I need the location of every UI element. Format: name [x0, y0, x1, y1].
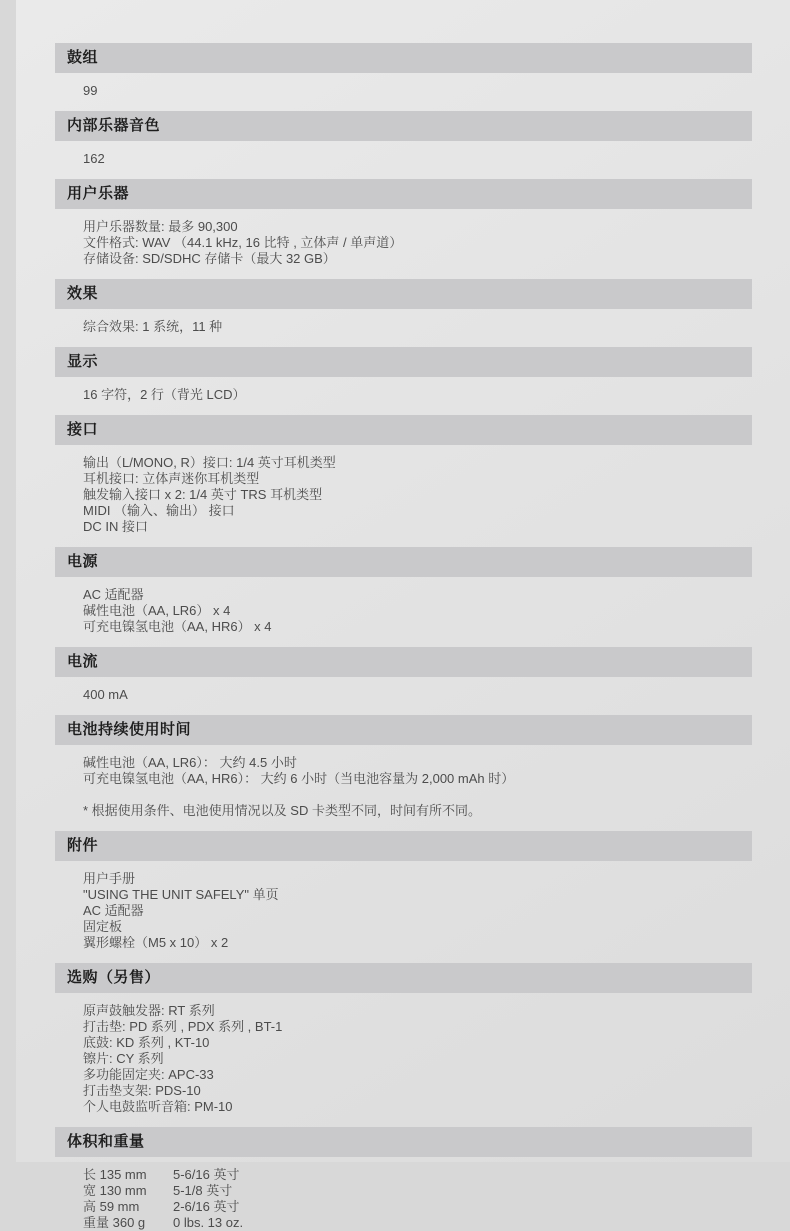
section-title: 用户乐器 — [67, 185, 129, 202]
section-body: AC 适配器碱性电池（AA, LR6） x 4可充电镍氢电池（AA, HR6） … — [83, 587, 752, 635]
spec-line: 用户手册 — [83, 871, 752, 887]
spec-line: AC 适配器 — [83, 903, 752, 919]
section-body: 碱性电池（AA, LR6）： 大约 4.5 小时可充电镍氢电池（AA, HR6）… — [83, 755, 752, 819]
spec-line: 存储设备: SD/SDHC 存储卡（最大 32 GB） — [83, 251, 752, 267]
spec-section: 接口输出（L/MONO, R）接口: 1/4 英寸耳机类型耳机接口: 立体声迷你… — [55, 415, 752, 535]
spec-line: AC 适配器 — [83, 587, 752, 603]
section-header-bar: 电池持续使用时间 — [55, 715, 752, 745]
spec-sheet: 鼓组99内部乐器音色162用户乐器用户乐器数量: 最多 90,300文件格式: … — [16, 0, 790, 1162]
spec-section: 电源AC 适配器碱性电池（AA, LR6） x 4可充电镍氢电池（AA, HR6… — [55, 547, 752, 635]
spec-line: "USING THE UNIT SAFELY" 单页 — [83, 887, 752, 903]
section-title: 效果 — [67, 285, 98, 302]
spec-line: 镲片: CY 系列 — [83, 1051, 752, 1067]
section-header-bar: 选购（另售） — [55, 963, 752, 993]
spec-section: 鼓组99 — [55, 43, 752, 99]
section-header-bar: 电流 — [55, 647, 752, 677]
section-title: 选购（另售） — [67, 969, 160, 986]
spec-line: 个人电鼓监听音箱: PM-10 — [83, 1099, 752, 1115]
spec-line: 99 — [83, 83, 752, 99]
spec-line: 打击垫: PD 系列 , PDX 系列 , BT-1 — [83, 1019, 752, 1035]
section-header-bar: 附件 — [55, 831, 752, 861]
section-title: 接口 — [67, 421, 98, 438]
section-header-bar: 显示 — [55, 347, 752, 377]
spec-line: 可充电镍氢电池（AA, HR6） x 4 — [83, 619, 752, 635]
spec-line: 固定板 — [83, 919, 752, 935]
spec-section: 选购（另售）原声鼓触发器: RT 系列打击垫: PD 系列 , PDX 系列 ,… — [55, 963, 752, 1115]
section-body: 输出（L/MONO, R）接口: 1/4 英寸耳机类型耳机接口: 立体声迷你耳机… — [83, 455, 752, 535]
spec-line: 用户乐器数量: 最多 90,300 — [83, 219, 752, 235]
section-body: 用户手册"USING THE UNIT SAFELY" 单页AC 适配器固定板翼… — [83, 871, 752, 951]
spec-section: 效果综合效果: 1 系统，11 种 — [55, 279, 752, 335]
section-body: 162 — [83, 151, 752, 167]
spec-line: * 根据使用条件、电池使用情况以及 SD 卡类型不同，时间有所不同。 — [83, 803, 752, 819]
section-body: 综合效果: 1 系统，11 种 — [83, 319, 752, 335]
spec-section: 附件用户手册"USING THE UNIT SAFELY" 单页AC 适配器固定… — [55, 831, 752, 951]
spec-line: 16 字符，2 行（背光 LCD） — [83, 387, 752, 403]
section-header-bar: 用户乐器 — [55, 179, 752, 209]
spec-line: 底鼓: KD 系列 , KT-10 — [83, 1035, 752, 1051]
spec-section: 电流400 mA — [55, 647, 752, 703]
section-header-bar: 体积和重量 — [55, 1127, 752, 1157]
section-title: 附件 — [67, 837, 98, 854]
section-header-bar: 接口 — [55, 415, 752, 445]
section-title: 电池持续使用时间 — [67, 721, 191, 738]
spec-line: 打击垫支架: PDS-10 — [83, 1083, 752, 1099]
spec-line: 碱性电池（AA, LR6） x 4 — [83, 603, 752, 619]
section-title: 鼓组 — [67, 49, 98, 66]
spec-line-spacer — [83, 787, 752, 803]
spec-line: 文件格式: WAV （44.1 kHz, 16 比特 , 立体声 / 单声道） — [83, 235, 752, 251]
section-header-bar: 鼓组 — [55, 43, 752, 73]
spec-section: 用户乐器用户乐器数量: 最多 90,300文件格式: WAV （44.1 kHz… — [55, 179, 752, 267]
spec-line: 综合效果: 1 系统，11 种 — [83, 319, 752, 335]
spec-section: 电池持续使用时间碱性电池（AA, LR6）： 大约 4.5 小时可充电镍氢电池（… — [55, 715, 752, 819]
spec-line: 耳机接口: 立体声迷你耳机类型 — [83, 471, 752, 487]
spec-line: 162 — [83, 151, 752, 167]
spec-line: 可充电镍氢电池（AA, HR6）： 大约 6 小时（当电池容量为 2,000 m… — [83, 771, 752, 787]
section-header-bar: 电源 — [55, 547, 752, 577]
section-title: 显示 — [67, 353, 98, 370]
section-header-bar: 内部乐器音色 — [55, 111, 752, 141]
section-body: 99 — [83, 83, 752, 99]
spec-line: 多功能固定夹: APC-33 — [83, 1067, 752, 1083]
section-title: 内部乐器音色 — [67, 117, 160, 134]
spec-section: 显示16 字符，2 行（背光 LCD） — [55, 347, 752, 403]
section-body: 400 mA — [83, 687, 752, 703]
section-body: 原声鼓触发器: RT 系列打击垫: PD 系列 , PDX 系列 , BT-1底… — [83, 1003, 752, 1115]
section-title: 电源 — [67, 553, 98, 570]
spec-line: 输出（L/MONO, R）接口: 1/4 英寸耳机类型 — [83, 455, 752, 471]
spec-line: MIDI （输入、输出） 接口 — [83, 503, 752, 519]
spec-line: 触发输入接口 x 2: 1/4 英寸 TRS 耳机类型 — [83, 487, 752, 503]
spec-line: 400 mA — [83, 687, 752, 703]
spec-line: 翼形螺栓（M5 x 10） x 2 — [83, 935, 752, 951]
spec-section: 内部乐器音色162 — [55, 111, 752, 167]
spec-line: 碱性电池（AA, LR6）： 大约 4.5 小时 — [83, 755, 752, 771]
spec-line: DC IN 接口 — [83, 519, 752, 535]
section-body: 用户乐器数量: 最多 90,300文件格式: WAV （44.1 kHz, 16… — [83, 219, 752, 267]
spec-sections: 鼓组99内部乐器音色162用户乐器用户乐器数量: 最多 90,300文件格式: … — [55, 43, 752, 1162]
section-body: 16 字符，2 行（背光 LCD） — [83, 387, 752, 403]
section-header-bar: 效果 — [55, 279, 752, 309]
spec-line: 原声鼓触发器: RT 系列 — [83, 1003, 752, 1019]
spec-section: 体积和重量长 135 mm5-6/16 英寸宽 130 mm5-1/8 英寸高 … — [55, 1127, 752, 1162]
section-title: 体积和重量 — [67, 1133, 145, 1150]
section-title: 电流 — [67, 653, 98, 670]
